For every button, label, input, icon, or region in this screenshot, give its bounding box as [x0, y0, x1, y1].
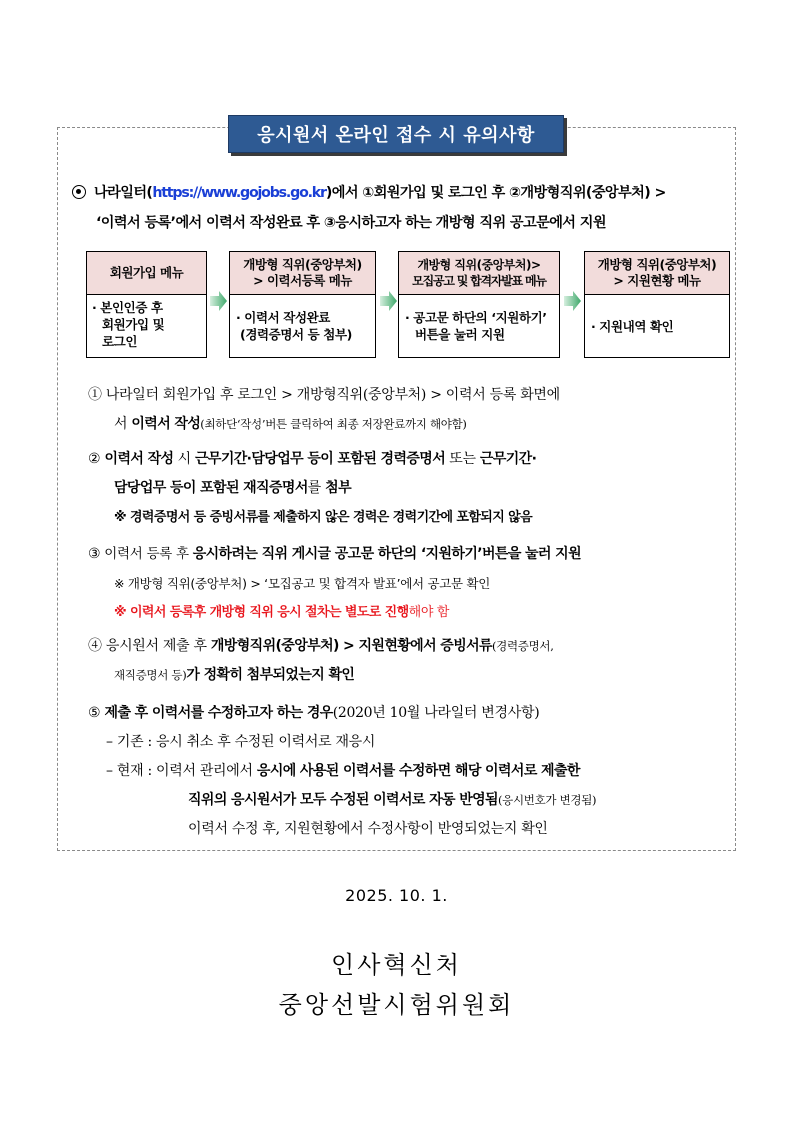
intro-line-1: 나라일터(https://www.gojobs.go.kr)에서 ①회원가입 및… [72, 178, 742, 208]
intro-text: 나라일터( [94, 185, 152, 201]
intro-line-2: ‘이력서 등록’에서 이력서 작성완료 후 ③응시하고자 하는 개방형 직위 공… [72, 208, 742, 238]
arrow-right-icon [380, 291, 397, 311]
notice-item-1: ① 나라일터 회원가입 후 로그인 > 개방형직위(중앙부처) > 이력서 등록… [88, 381, 738, 439]
flow-step-body: · 본인인증 후회원가입 및로그인 [87, 295, 206, 357]
organization-name: 인사혁신처 [0, 945, 793, 980]
flow-step-resume: 개방형 직위(중앙부처)> 이력서등록 메뉴 · 이력서 작성완료(경력증명서 … [229, 251, 376, 358]
arrow-right-icon [210, 291, 227, 311]
note: ※ 개방형 직위(중앙부처) > ‘모집공고 및 합격자 발표’에서 공고문 확… [88, 569, 738, 598]
flow-step-apply: 개방형 직위(중앙부처)>모집공고 및 합격자발표 메뉴 · 공고문 하단의 ‘… [398, 251, 560, 358]
note: ※ 경력증명서 등 증빙서류를 제출하지 않은 경력은 경력기간에 포함되지 않… [88, 503, 738, 532]
flow-step-header: 개방형 직위(중앙부처)> 지원현황 메뉴 [585, 252, 729, 295]
intro-text: )에서 ①회원가입 및 로그인 후 ②개방형직위(중앙부처) > [326, 185, 666, 201]
notice-item-4: ④ 응시원서 제출 후 개방형직위(중앙부처) > 지원현황에서 증빙서류(경력… [88, 632, 738, 690]
notice-item-3: ③ 이력서 등록 후 응시하려는 직위 게시글 공고문 하단의 ‘지원하기’버튼… [88, 540, 738, 627]
before-change: – 기존 : 응시 취소 후 수정된 이력서로 재응시 [88, 728, 738, 757]
flow-step-body: · 이력서 작성완료(경력증명서 등 첨부) [230, 295, 375, 357]
page-title: 응시원서 온라인 접수 시 유의사항 [228, 115, 564, 153]
flow-step-header: 회원가입 메뉴 [87, 252, 206, 295]
issue-date: 2025. 10. 1. [0, 886, 793, 905]
flow-step-status: 개방형 직위(중앙부처)> 지원현황 메뉴 · 지원내역 확인 [584, 251, 730, 358]
flow-step-header: 개방형 직위(중앙부처)> 이력서등록 메뉴 [230, 252, 375, 295]
flow-step-body: · 지원내역 확인 [585, 295, 729, 357]
committee-name: 중앙선발시험위원회 [0, 985, 793, 1020]
flow-step-body: · 공고문 하단의 ‘지원하기’버튼을 눌러 지원 [399, 295, 559, 357]
radio-bullet-icon [72, 185, 86, 199]
flow-step-header: 개방형 직위(중앙부처)>모집공고 및 합격자발표 메뉴 [399, 252, 559, 295]
after-change: – 현재 : 이력서 관리에서 응시에 사용된 이력서를 수정하면 해당 이력서… [88, 757, 738, 786]
gojobs-link[interactable]: https://www.gojobs.go.kr [152, 185, 326, 201]
arrow-right-icon [564, 291, 581, 311]
flow-step-signup: 회원가입 메뉴 · 본인인증 후회원가입 및로그인 [86, 251, 207, 358]
intro-summary: 나라일터(https://www.gojobs.go.kr)에서 ①회원가입 및… [72, 178, 742, 238]
warning-note: ※ 이력서 등록후 개방형 직위 응시 절차는 별도로 진행해야 함 [88, 598, 738, 627]
notice-item-2: ② 이력서 작성 시 근무기간·담당업무 등이 포함된 경력증명서 또는 근무기… [88, 445, 738, 532]
notice-item-5: ⑤ 제출 후 이력서를 수정하고자 하는 경우(2020년 10월 나라일터 변… [88, 699, 738, 844]
